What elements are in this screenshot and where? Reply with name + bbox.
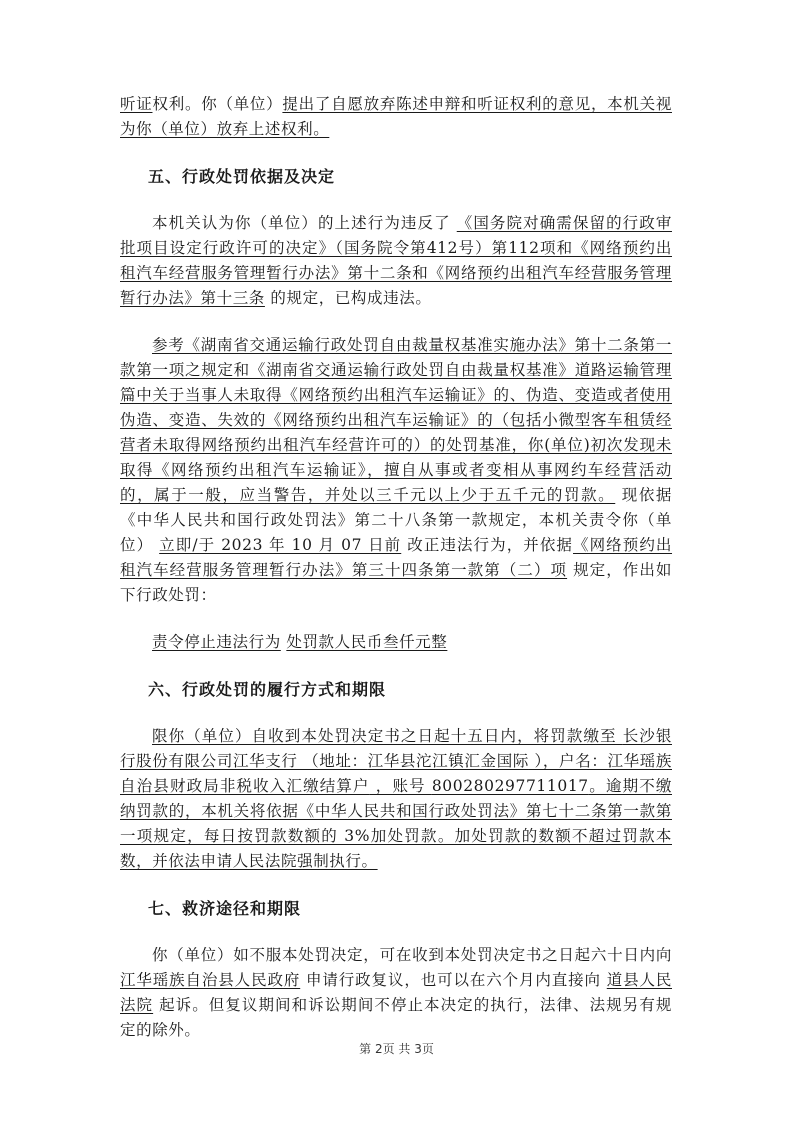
- text: 权利。你（单位）: [152, 95, 282, 113]
- text: 起诉。但复议期间和诉讼期间不停止本决定的执行，法律、法规另有规定的除外。: [120, 996, 672, 1039]
- paragraph-remedy: 你（单位）如不服本处罚决定，可在收到本处罚决定书之日起六十日内向 江华瑶族自治县…: [120, 943, 672, 1043]
- paragraph-violation: 本机关认为你（单位）的上述行为违反了 《国务院对确需保留的行政审批项目设定行政许…: [120, 211, 672, 311]
- penalty-decision: 责令停止违法行为 处罚款人民币叁仟元整: [120, 630, 672, 655]
- document-page: 听证权利。你（单位）提出了自愿放弃陈述申辩和听证权利的意见，本机关视为你（单位）…: [120, 92, 672, 1043]
- penalty-order: 责令停止违法行为: [152, 633, 281, 651]
- paragraph-payment: 限你（单位）自收到本处罚决定书之日起十五日内，将罚款缴至 长沙银行股份有限公司江…: [120, 724, 672, 874]
- page-number: 第 2页 共 3页: [0, 1040, 793, 1057]
- section-heading-6: 六、行政处罚的履行方式和期限: [120, 677, 672, 702]
- text: （地址：: [298, 752, 368, 770]
- text: 的规定，已构成违法。: [265, 289, 432, 307]
- text: 申请行政复议，也可以在六个月内直接向: [300, 971, 607, 989]
- text: 限你（单位）自收到本处罚决定书之日起十五日内，将罚款缴至: [152, 727, 623, 745]
- text: ），户名：: [529, 752, 608, 770]
- section-heading-5: 五、行政处罚依据及决定: [120, 164, 672, 189]
- correction-deadline: 立即/于 2023 年 10 月 07 日前: [159, 536, 401, 554]
- paragraph-penalty-basis: 参考《湖南省交通运输行政处罚自由裁量权基准实施办法》第十二条第一款第一项之规定和…: [120, 333, 672, 608]
- underlined-text: 听证: [120, 95, 152, 113]
- bank-address: 江华县沱江镇汇金国际: [368, 752, 529, 770]
- account-number: 800280297711017: [432, 777, 589, 795]
- text: ，账号: [370, 777, 432, 795]
- penalty-fine: 处罚款人民币叁仟元整: [286, 633, 447, 651]
- text: 本机关认为你（单位）的上述行为违反了: [152, 214, 457, 232]
- discretion-reference: 参考《湖南省交通运输行政处罚自由裁量权基准实施办法》第十二条第一款第一项之规定和…: [120, 336, 672, 504]
- text: 改正违法行为，并依据: [401, 536, 573, 554]
- review-authority: 江华瑶族自治县人民政府: [120, 971, 300, 989]
- paragraph-hearing-waiver: 听证权利。你（单位）提出了自愿放弃陈述申辩和听证权利的意见，本机关视为你（单位）…: [120, 92, 672, 142]
- text: 你（单位）如不服本处罚决定，可在收到本处罚决定书之日起六十日内向: [152, 946, 672, 964]
- section-heading-7: 七、救济途径和期限: [120, 896, 672, 921]
